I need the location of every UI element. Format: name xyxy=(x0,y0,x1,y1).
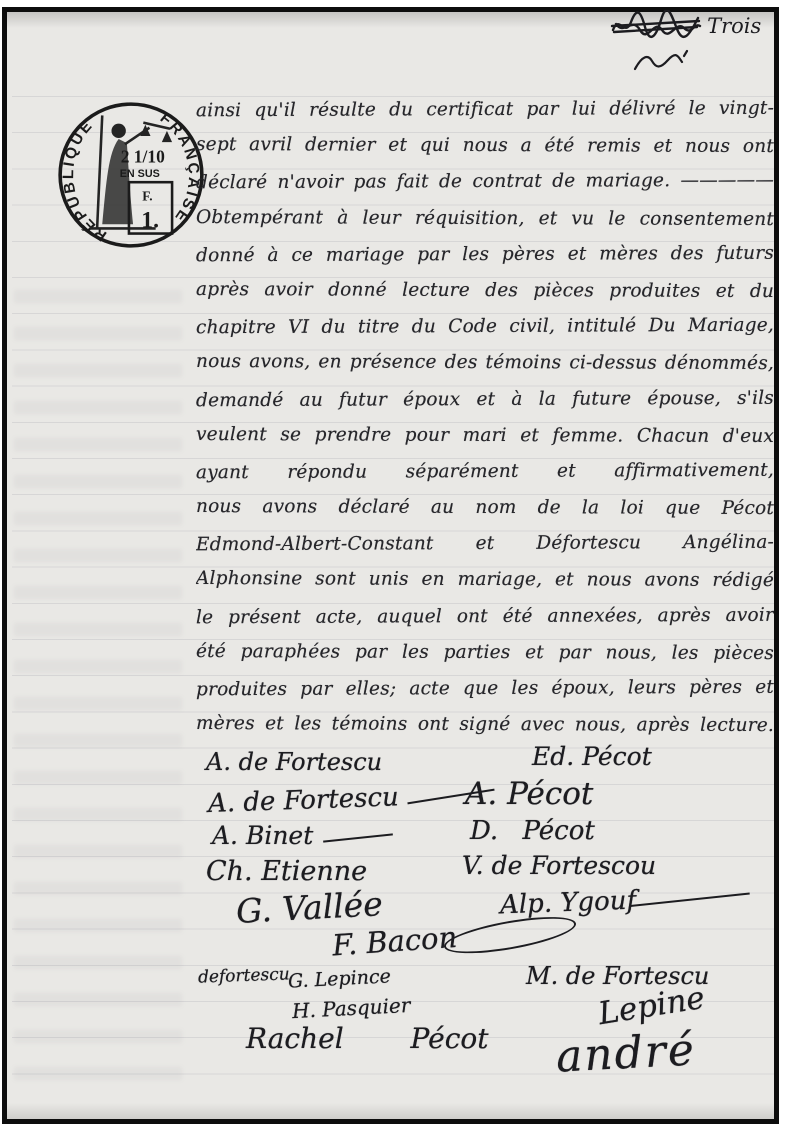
signature: Ed. Pécot xyxy=(532,742,652,771)
act-text-line: Alphonsine sont unis en mariage, et nous… xyxy=(196,561,774,599)
act-text-line: nous avons déclaré au nom de la loi que … xyxy=(196,489,774,527)
signature-text: A. Binet xyxy=(212,821,313,850)
signature: Ch. Etienne xyxy=(206,856,367,887)
scribble-mark-icon xyxy=(610,10,702,42)
act-text-block: ainsi qu'il résulte du certificat par lu… xyxy=(196,92,774,743)
signature: G. Vallée xyxy=(235,884,384,931)
ink-bleed-through xyxy=(14,290,182,1090)
signature: A. Binet xyxy=(212,821,393,850)
signature-text: Ed. Pécot xyxy=(532,742,652,771)
act-text-line: après avoir donné lecture des pièces pro… xyxy=(196,272,774,310)
stamp-franc-label: F. xyxy=(142,189,152,204)
signature-text: A. de Fortescu xyxy=(206,748,382,776)
act-text-line: donné à ce mariage par les pères et mère… xyxy=(196,235,774,274)
fiscal-stamp-icon: RÉPUBLIQUE FRANÇAISE 2 1/10 EN SUS F. 1. xyxy=(55,99,207,251)
act-text-line: déclaré n'avoir pas fait de contrat de m… xyxy=(196,163,774,202)
act-text-line: ainsi qu'il résulte du certificat par lu… xyxy=(196,91,774,130)
marginal-annotation: Trois xyxy=(610,10,761,44)
act-text-line: Obtempérant à leur réquisition, et vu le… xyxy=(196,200,774,238)
signature-text: andré xyxy=(555,1024,697,1082)
signature: Rachel Pécot xyxy=(246,1022,489,1055)
signature: A. Pécot xyxy=(465,776,593,812)
stamp-franc-value: 1. xyxy=(141,207,159,233)
act-text-line: Edmond-Albert-Constant et Défortescu Ang… xyxy=(196,525,774,564)
signature-text: D. Pécot xyxy=(470,816,595,846)
act-text-line: demandé au futur époux et à la future ép… xyxy=(196,380,774,419)
pen-flourish xyxy=(323,833,393,842)
signature-text: defortescu xyxy=(198,964,290,987)
pen-flourish xyxy=(630,892,750,907)
stamp-surcharge-value: 2 1/10 xyxy=(121,147,165,167)
signature-text: Rachel Pécot xyxy=(246,1022,489,1055)
act-text-line: veulent se prendre pour mari et femme. C… xyxy=(196,417,774,455)
signature: V. de Fortescou xyxy=(462,851,656,880)
act-text-line: nous avons, en présence des témoins ci-d… xyxy=(196,344,774,382)
act-text-line: sept avril dernier et qui nous a été rem… xyxy=(196,127,774,165)
act-text-line: ayant répondu séparément et affirmativem… xyxy=(196,453,774,492)
scan-shadow-bottom xyxy=(7,1103,774,1119)
signature-text: Alp. Ygouf xyxy=(500,886,637,921)
signature: D. Pécot xyxy=(470,816,595,846)
act-text-line: produites par elles; acte que les époux,… xyxy=(196,670,774,709)
signature-text: V. de Fortescou xyxy=(462,851,656,880)
signature: andré xyxy=(555,1024,697,1082)
signature-text: G. Vallée xyxy=(235,884,384,931)
signature-text: Ch. Etienne xyxy=(206,856,367,887)
act-text-line: mères et les témoins ont signé avec nous… xyxy=(196,706,774,744)
act-text-line: chapitre VI du titre du Code civil, inti… xyxy=(196,308,774,347)
act-text-line: été paraphées par les parties et par nou… xyxy=(196,634,774,672)
annotation-word: Trois xyxy=(707,14,761,38)
act-text-line: le présent acte, auquel ont été annexées… xyxy=(196,597,774,636)
signature-text: A. Pécot xyxy=(465,776,593,812)
paraph-flourish-icon xyxy=(632,48,690,74)
signature: defortescu xyxy=(198,964,290,987)
stamp-surcharge-label: EN SUS xyxy=(120,168,160,180)
signature: A. de Fortescu xyxy=(206,748,382,776)
